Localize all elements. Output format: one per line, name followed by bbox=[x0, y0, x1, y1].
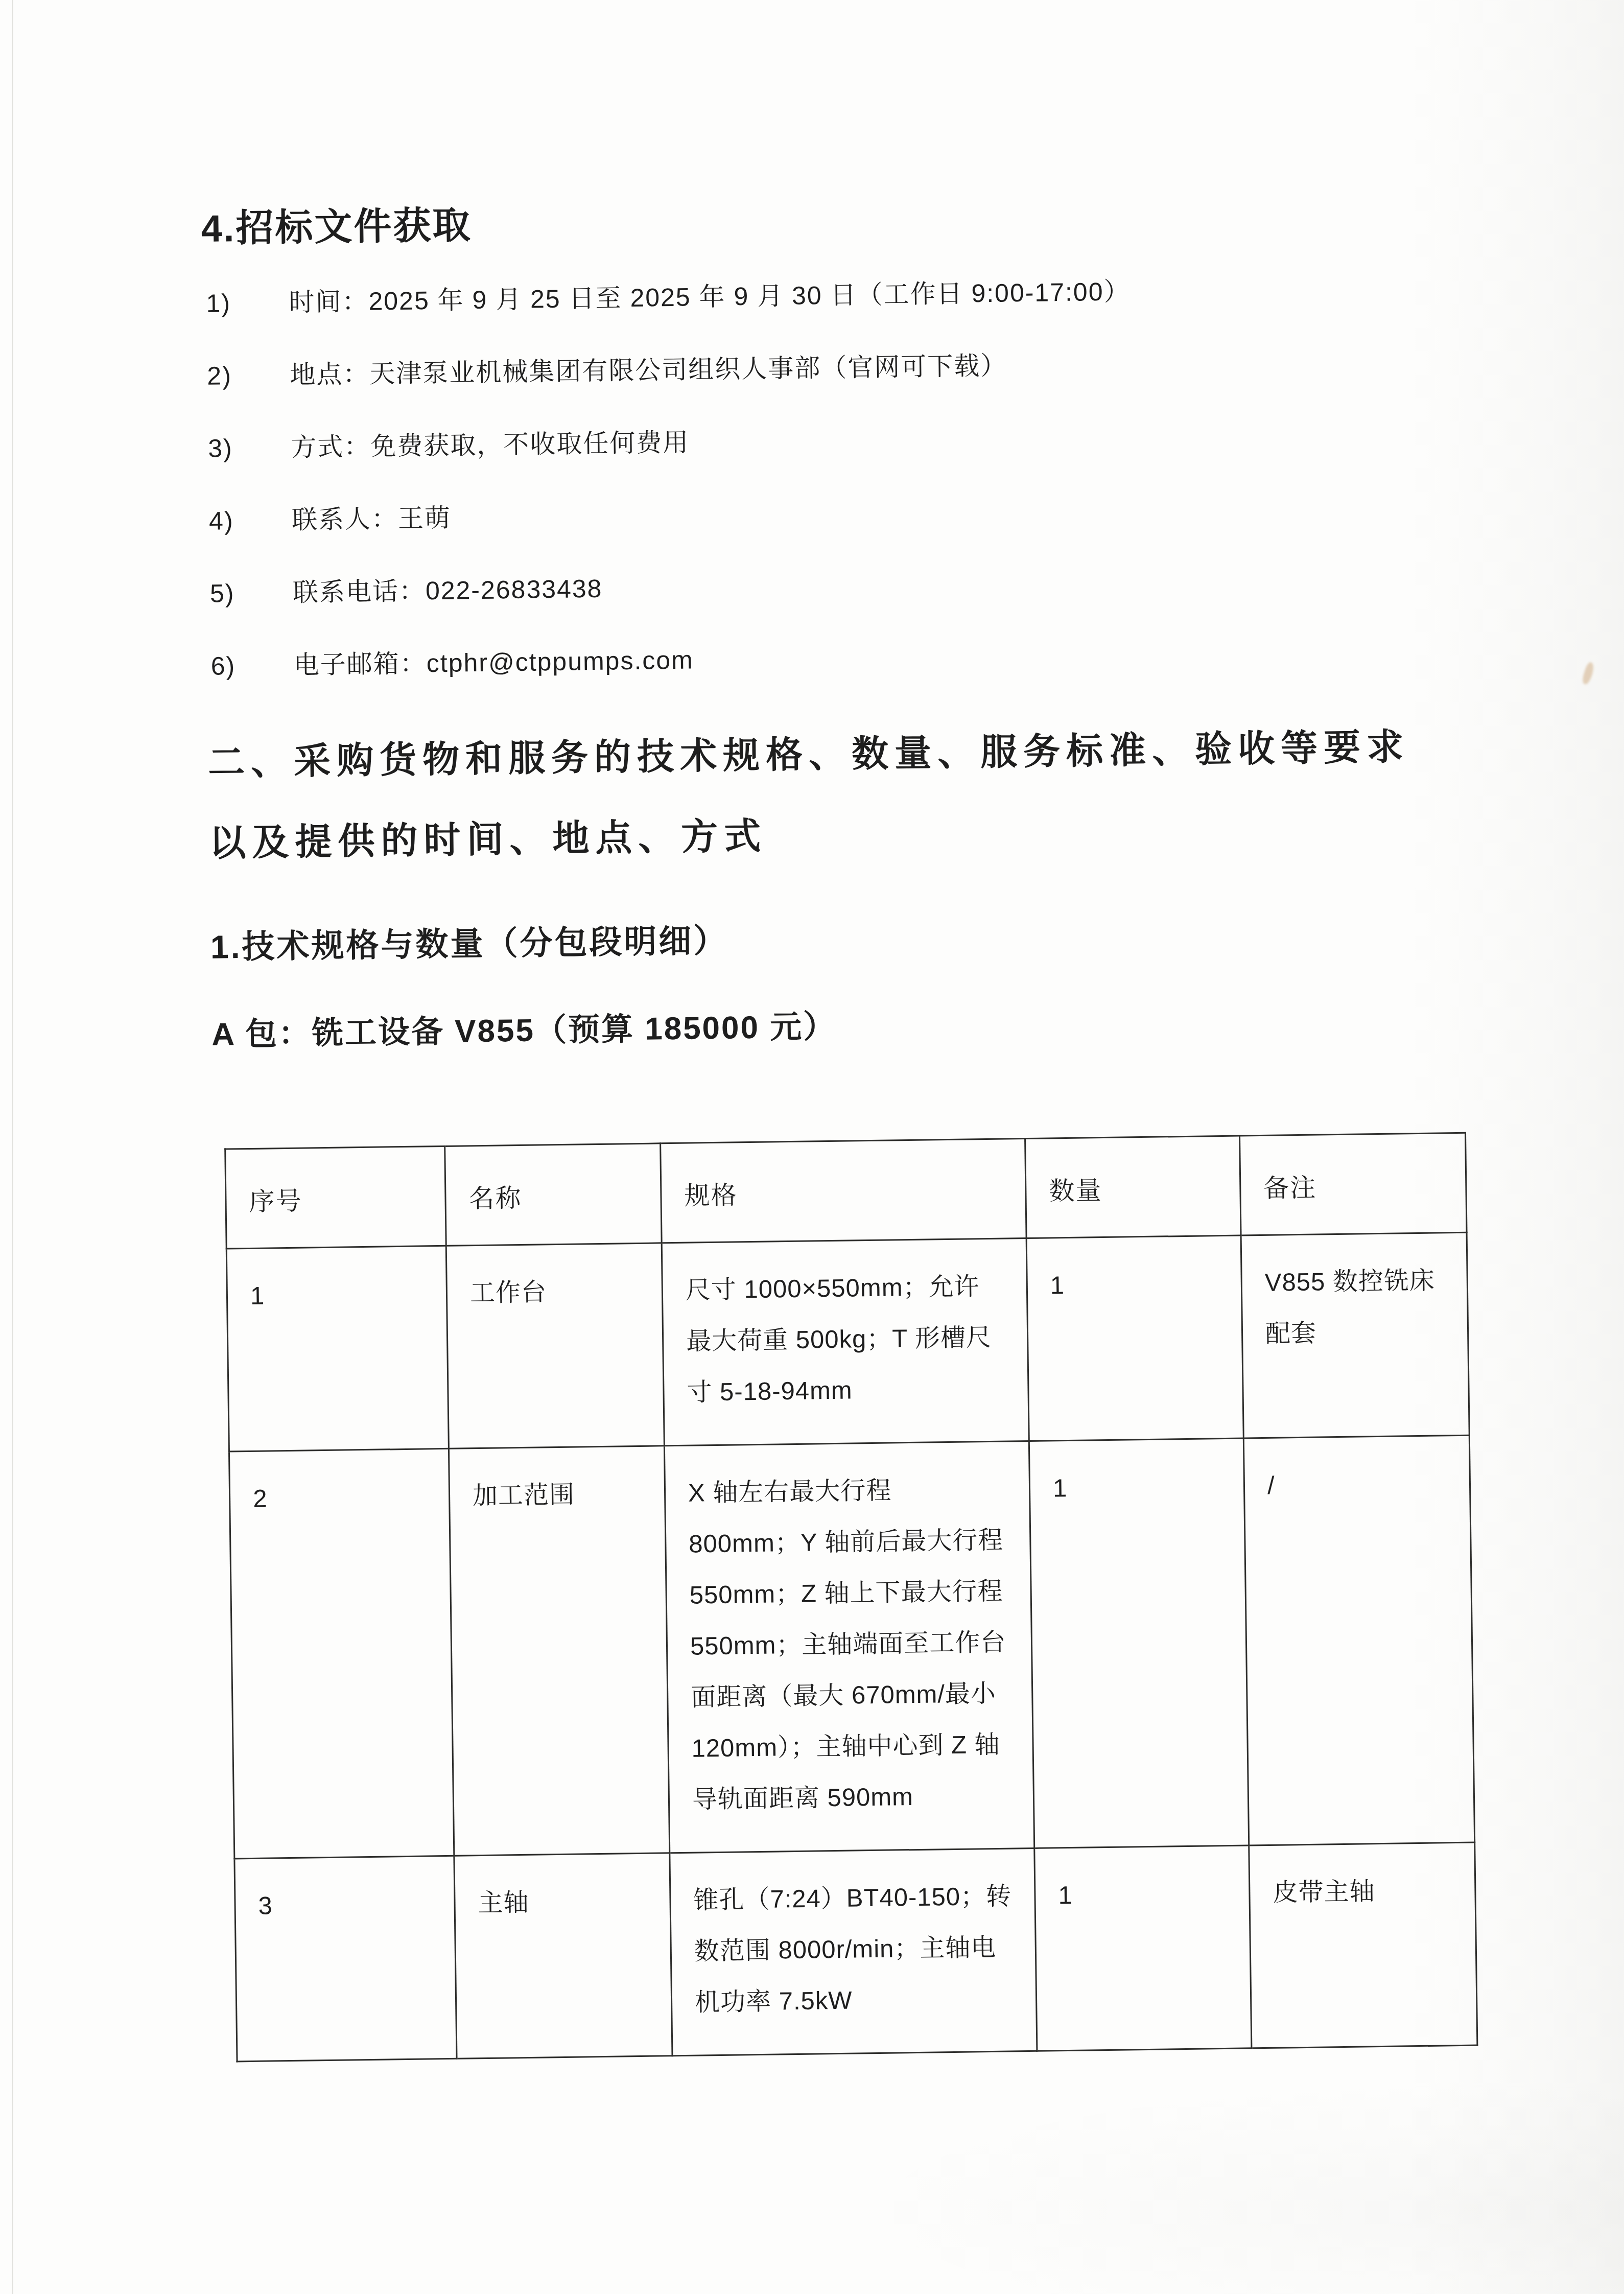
table-cell-note: 皮带主轴 bbox=[1249, 1842, 1477, 2048]
subsection1-heading: 1.技术规格与数量（分包段明细） bbox=[210, 910, 1473, 968]
table-header-cell: 规格 bbox=[661, 1139, 1026, 1243]
section4-heading: 4.招标文件获取 bbox=[201, 188, 1463, 253]
table-cell-name: 工作台 bbox=[446, 1243, 664, 1448]
document-page: 4.招标文件获取 1) 时间：2025 年 9 月 25 日至 2025 年 9… bbox=[0, 0, 1624, 2294]
spec-table-header: 序号 名称 规格 数量 备注 bbox=[225, 1133, 1467, 1249]
table-header-cell: 备注 bbox=[1240, 1133, 1467, 1235]
table-row: 3 主轴 锥孔（7:24）BT40-150；转数范围 8000r/min；主轴电… bbox=[234, 1842, 1477, 2062]
table-cell-qty: 1 bbox=[1029, 1438, 1249, 1848]
table-cell-index: 2 bbox=[229, 1448, 454, 1859]
table-cell-qty: 1 bbox=[1026, 1235, 1243, 1441]
section2-heading-line1: 二、采购货物和服务的技术规格、数量、服务标准、验收等要求 bbox=[207, 706, 1470, 803]
table-cell-note: / bbox=[1243, 1435, 1474, 1845]
table-cell-name: 加工范围 bbox=[449, 1446, 669, 1856]
table-header-cell: 序号 bbox=[225, 1146, 446, 1249]
list-item-number: 4) bbox=[209, 504, 292, 537]
document-content: 4.招标文件获取 1) 时间：2025 年 9 月 25 日至 2025 年 9… bbox=[201, 188, 1487, 2063]
list-item: 3) 方式：免费获取，不收取任何费用 bbox=[208, 416, 1466, 465]
spec-table-body: 1 工作台 尺寸 1000×550mm；允许最大荷重 500kg；T 形槽尺寸 … bbox=[226, 1232, 1477, 2062]
list-item-number: 6) bbox=[210, 649, 294, 683]
table-cell-index: 1 bbox=[226, 1246, 449, 1452]
table-cell-qty: 1 bbox=[1034, 1845, 1252, 2051]
table-row: 1 工作台 尺寸 1000×550mm；允许最大荷重 500kg；T 形槽尺寸 … bbox=[226, 1232, 1469, 1452]
table-cell-spec: 锥孔（7:24）BT40-150；转数范围 8000r/min；主轴电机功率 7… bbox=[670, 1848, 1037, 2055]
list-item-text: 电子邮箱：ctphr@ctppumps.com bbox=[293, 634, 1469, 682]
table-header-cell: 数量 bbox=[1025, 1136, 1241, 1238]
table-header-row: 序号 名称 规格 数量 备注 bbox=[225, 1133, 1467, 1249]
section2-heading-line2: 以及提供的时间、地点、方式 bbox=[208, 787, 1471, 884]
list-item-number: 1) bbox=[206, 286, 289, 320]
list-item-text: 时间：2025 年 9 月 25 日至 2025 年 9 月 30 日（工作日 … bbox=[289, 271, 1464, 319]
list-item-number: 5) bbox=[210, 576, 293, 610]
table-cell-note: V855 数控铣床配套 bbox=[1241, 1232, 1469, 1438]
table-header-cell: 名称 bbox=[445, 1143, 662, 1246]
package-a-heading: A 包：铣工设备 V855（预算 185000 元） bbox=[211, 998, 1474, 1056]
list-item: 2) 地点：天津泵业机械集团有限公司组织人事部（官网可下载） bbox=[207, 343, 1465, 392]
list-item-text: 方式：免费获取，不收取任何费用 bbox=[291, 416, 1466, 464]
table-row: 2 加工范围 X 轴左右最大行程 800mm；Y 轴前后最大行程 550mm；Z… bbox=[229, 1435, 1474, 1859]
list-item-number: 2) bbox=[207, 359, 290, 392]
table-cell-index: 3 bbox=[234, 1856, 457, 2062]
scan-shading bbox=[858, 2079, 1624, 2294]
spec-table: 序号 名称 规格 数量 备注 1 工作台 尺寸 1000×550mm；允许最大荷… bbox=[224, 1132, 1478, 2063]
list-item: 4) 联系人：王萌 bbox=[209, 488, 1467, 537]
table-cell-spec: X 轴左右最大行程 800mm；Y 轴前后最大行程 550mm；Z 轴上下最大行… bbox=[664, 1441, 1034, 1853]
scan-smudge-mark bbox=[1581, 662, 1596, 686]
list-item-text: 地点：天津泵业机械集团有限公司组织人事部（官网可下载） bbox=[290, 343, 1465, 391]
table-cell-spec: 尺寸 1000×550mm；允许最大荷重 500kg；T 形槽尺寸 5-18-9… bbox=[662, 1238, 1029, 1446]
list-item: 6) 电子邮箱：ctphr@ctppumps.com bbox=[210, 634, 1469, 683]
list-item-number: 3) bbox=[208, 431, 291, 465]
list-item: 5) 联系电话：022-26833438 bbox=[210, 561, 1468, 610]
section4-list: 1) 时间：2025 年 9 月 25 日至 2025 年 9 月 30 日（工… bbox=[206, 271, 1469, 683]
list-item-text: 联系电话：022-26833438 bbox=[293, 561, 1468, 609]
list-item: 1) 时间：2025 年 9 月 25 日至 2025 年 9 月 30 日（工… bbox=[206, 271, 1464, 320]
section2-heading: 二、采购货物和服务的技术规格、数量、服务标准、验收等要求 以及提供的时间、地点、… bbox=[207, 706, 1471, 884]
scan-edge-line bbox=[12, 0, 13, 2294]
list-item-text: 联系人：王萌 bbox=[292, 488, 1467, 536]
table-cell-name: 主轴 bbox=[454, 1853, 672, 2058]
